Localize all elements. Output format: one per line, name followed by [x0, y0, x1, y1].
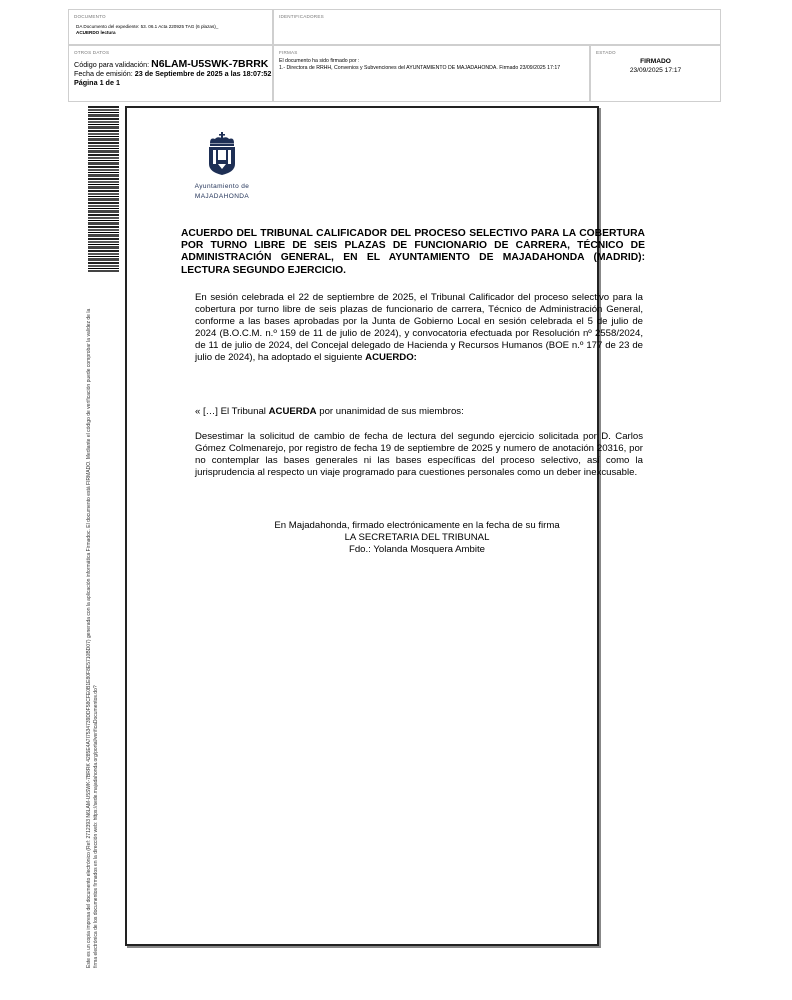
emission-date: 23 de Septiembre de 2025 a las 18:07:52	[135, 69, 272, 78]
emission-date-label: Fecha de emisión:	[74, 69, 135, 78]
firmas-box: FIRMAS El documento ha sido firmado por …	[273, 45, 590, 102]
signature-line3: Fdo.: Yolanda Mosquera Ambite	[237, 544, 597, 556]
firmas-line2: 1.- Directora de RRHH, Convenios y Subve…	[279, 65, 584, 72]
intro-text: En sesión celebrada el 22 de septiembre …	[195, 292, 643, 363]
otros-datos-box: OTROS DATOS Código para validación: N6LA…	[68, 45, 273, 102]
document-title: ACUERDO DEL TRIBUNAL CALIFICADOR DEL PRO…	[181, 228, 645, 277]
otros-datos-label: OTROS DATOS	[74, 50, 109, 55]
verification-side-note: Este es un copia impresa del documento e…	[86, 298, 99, 968]
logo-line2: MAJADAHONDA	[187, 193, 257, 201]
logo-line1: Ayuntamiento de	[187, 183, 257, 191]
quote-prefix: « […] El Tribunal	[195, 406, 269, 417]
documento-line2: ACUERDO lectura	[76, 30, 218, 36]
firmas-label: FIRMAS	[279, 50, 298, 55]
firmas-line1: El documento ha sido firmado por :	[279, 58, 584, 65]
document-page: Ayuntamiento de MAJADAHONDA ACUERDO DEL …	[125, 106, 599, 946]
status-date: 23/09/2025 17:17	[591, 67, 720, 76]
signature-line1: En Majadahonda, firmado electrónicamente…	[237, 520, 597, 532]
estado-label: ESTADO	[596, 50, 616, 55]
emission-date-row: Fecha de emisión: 23 de Septiembre de 20…	[74, 69, 271, 78]
barcode	[88, 106, 119, 272]
intro-paragraph: En sesión celebrada el 22 de septiembre …	[195, 292, 643, 363]
signature-line2: LA SECRETARIA DEL TRIBUNAL	[237, 532, 597, 544]
status-badge: FIRMADO	[591, 58, 720, 67]
signature-block: En Majadahonda, firmado electrónicamente…	[237, 520, 597, 556]
validation-code-row: Código para validación: N6LAM-U5SWK-7BRR…	[74, 60, 271, 69]
documento-label: DOCUMENTO	[74, 14, 106, 19]
identificadores-label: IDENTIFICADORES	[279, 14, 324, 19]
coat-of-arms-icon	[205, 132, 239, 176]
quote-bold: ACUERDA	[269, 406, 317, 417]
quote-suffix: por unanimidad de sus miembros:	[317, 406, 464, 417]
validation-code-label: Código para validación:	[74, 60, 151, 69]
documento-box: DOCUMENTO DA Documento del expediente: 5…	[68, 9, 273, 45]
identificadores-box: IDENTIFICADORES	[273, 9, 721, 45]
quote-line: « […] El Tribunal ACUERDA por unanimidad…	[195, 406, 643, 418]
page-count: Página 1 de 1	[74, 78, 271, 87]
resolution-paragraph: Desestimar la solicitud de cambio de fec…	[195, 431, 643, 479]
estado-box: ESTADO FIRMADO 23/09/2025 17:17	[590, 45, 721, 102]
municipality-logo: Ayuntamiento de MAJADAHONDA	[187, 132, 257, 201]
acuerdo-heading: ACUERDO:	[365, 352, 417, 363]
documento-text: DA Documento del expediente: 53. 06.1 Ac…	[76, 24, 218, 36]
